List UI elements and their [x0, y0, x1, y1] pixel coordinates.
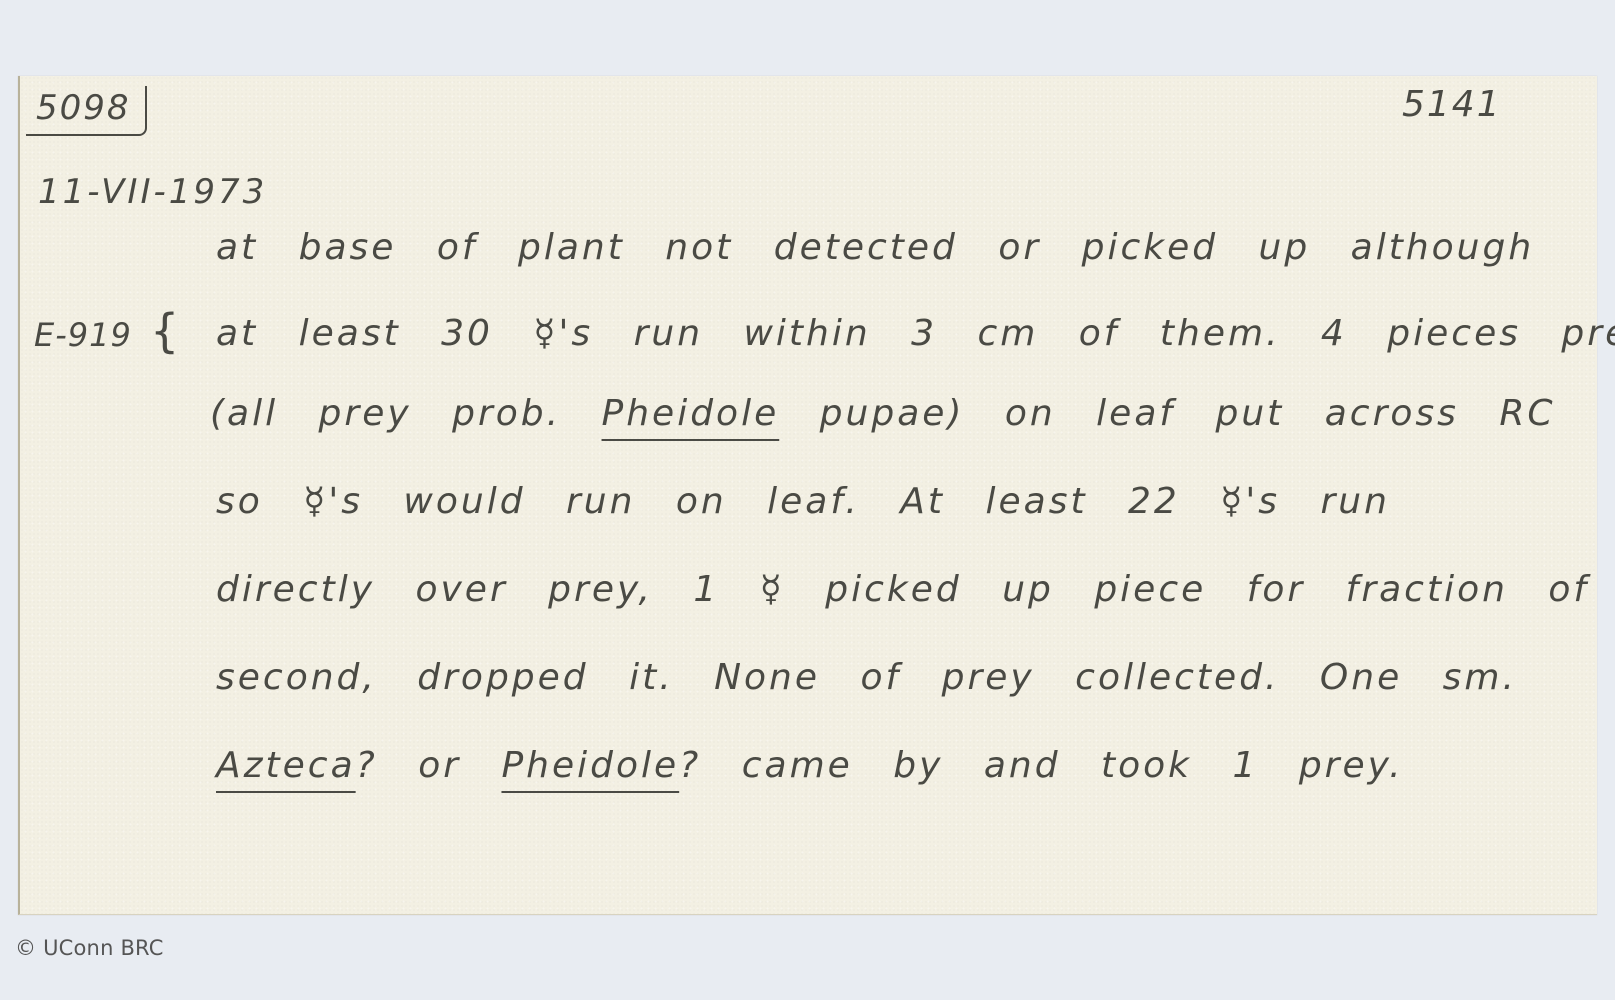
note-line-5: directly over prey, 1 ☿ picked up piece … [216, 566, 1589, 614]
note-text: second, dropped it. None of prey collect… [216, 657, 1517, 698]
copyright-notice: © UConn BRC [15, 936, 164, 960]
note-text: ? or [356, 745, 502, 786]
taxon-name-underlined: Azteca [216, 745, 356, 786]
note-text: pupae) on leaf put across RC [779, 393, 1555, 434]
margin-label: E-919 [34, 316, 132, 354]
note-text: at least 30 ☿'s run within 3 cm of them.… [216, 313, 1615, 354]
note-text: ? came by and took 1 prey. [679, 745, 1403, 786]
field-note-card: 5098 5141 11-VII-1973 E-919 { at base of… [18, 76, 1597, 915]
note-text: (all prey prob. [210, 393, 602, 434]
note-line-4: so ☿'s would run on leaf. At least 22 ☿'… [216, 478, 1390, 526]
margin-brace: { [150, 304, 181, 358]
note-text: so ☿'s would run on leaf. At least 22 ☿'… [216, 481, 1390, 522]
collection-date: 11-VII-1973 [38, 172, 267, 212]
note-text: directly over prey, 1 ☿ picked up piece … [216, 569, 1589, 610]
accession-number: 5098 [36, 88, 131, 128]
note-text: at base of plant not detected or picked … [216, 227, 1534, 268]
note-line-7: Azteca? or Pheidole? came by and took 1 … [216, 742, 1404, 790]
taxon-name-underlined: Pheidole [602, 393, 780, 434]
accession-number-box: 5098 [26, 86, 147, 136]
note-line-1: at base of plant not detected or picked … [216, 224, 1534, 272]
note-line-2: at least 30 ☿'s run within 3 cm of them.… [216, 310, 1615, 358]
note-line-6: second, dropped it. None of prey collect… [216, 654, 1517, 702]
catalog-number: 5141 [1402, 84, 1502, 125]
note-line-3: (all prey prob. Pheidole pupae) on leaf … [210, 390, 1556, 438]
taxon-name-underlined: Pheidole [501, 745, 679, 786]
